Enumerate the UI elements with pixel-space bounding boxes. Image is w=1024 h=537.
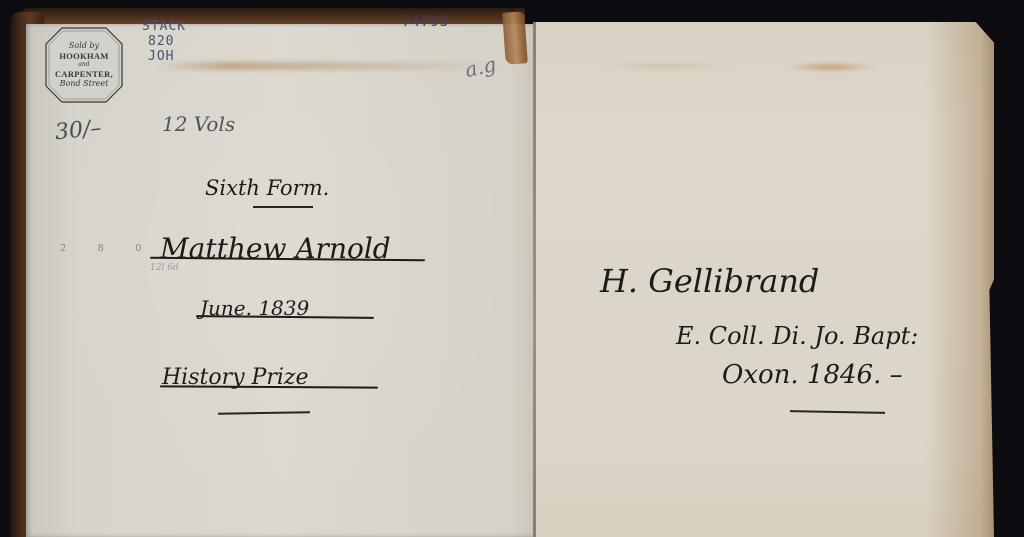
inscription-college: E. Coll. Di. Jo. Bapt:	[676, 322, 918, 350]
pencil-volumes: 12 Vols	[162, 112, 235, 136]
foxing-stain	[596, 62, 736, 70]
shelfmark-line-3: JOH	[142, 49, 186, 64]
accession-number: 74793	[402, 14, 449, 30]
faint-pencil-numbers: 2 8 0	[60, 243, 155, 254]
page-gutter	[533, 22, 536, 537]
label-sold-by: Sold by	[69, 41, 99, 51]
label-bond-street: Bond Street	[60, 79, 109, 89]
label-and: and	[78, 61, 89, 69]
bookseller-label: Sold by HOOKHAM and CARPENTER, Bond Stre…	[45, 27, 123, 103]
label-hookham: HOOKHAM	[59, 51, 108, 61]
shelfmark-line-1: STACK	[142, 19, 186, 34]
shelfmark-line-2: 820	[142, 34, 186, 49]
inscription-sixth-form: Sixth Form.	[205, 176, 329, 200]
foxing-stain	[786, 62, 876, 72]
book-photograph: Sold by HOOKHAM and CARPENTER, Bond Stre…	[0, 0, 1024, 537]
pencil-price: 30/–	[54, 116, 103, 146]
inscription-oxon-date: Oxon. 1846. –	[722, 360, 903, 390]
torn-corner	[502, 11, 528, 64]
foxing-stain	[156, 62, 506, 70]
underline	[253, 206, 313, 208]
shelfmark: STACK 820 JOH	[142, 19, 186, 64]
label-carpenter: CARPENTER,	[55, 69, 113, 79]
inscription-gellibrand: H. Gellibrand	[600, 262, 819, 300]
